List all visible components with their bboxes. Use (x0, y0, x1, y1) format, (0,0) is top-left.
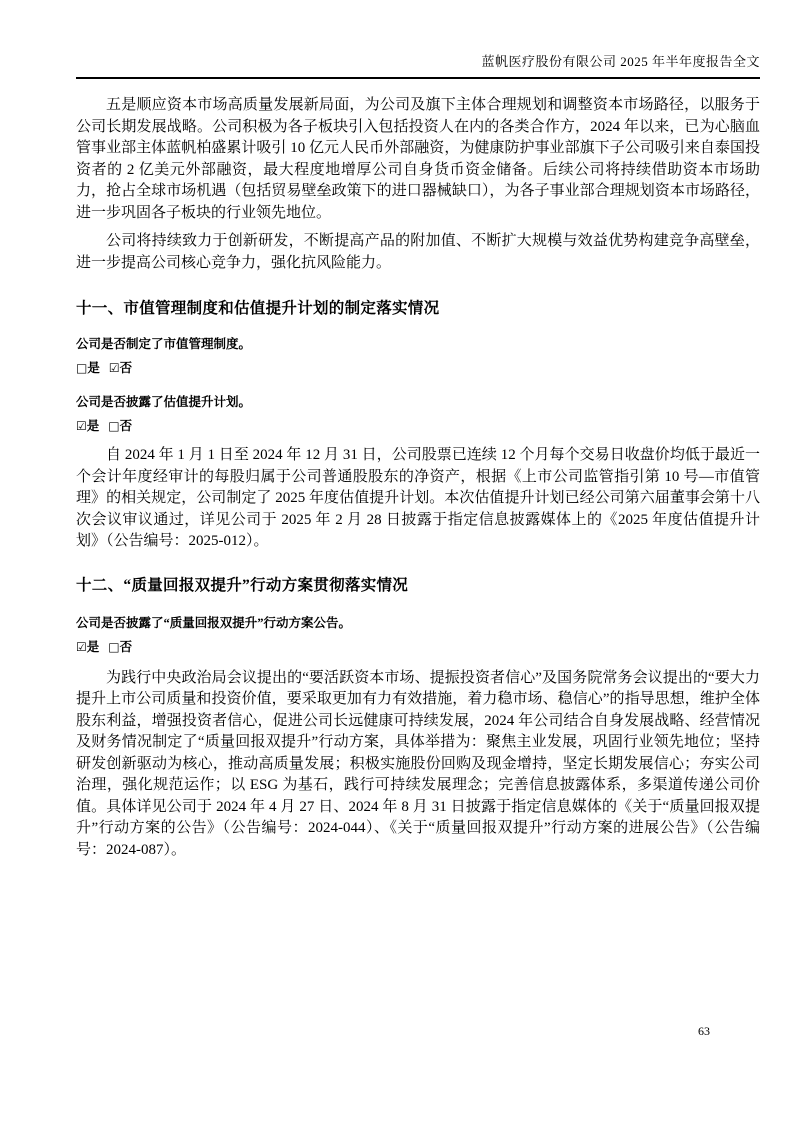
checkbox-unchecked-icon: □ (76, 361, 87, 375)
option-label-yes: 是 (87, 361, 100, 375)
intro-paragraph-1: 五是顺应资本市场高质量发展新局面，为公司及旗下主体合理规划和调整资本市场路径，以… (76, 95, 760, 224)
question-valuation-plan: 公司是否披露了估值提升计划。 (76, 394, 760, 410)
checkbox-checked-icon: ☑ (76, 640, 87, 654)
answer-market-value-system: □是☑否 (76, 360, 760, 376)
page-header-title: 蓝帆医疗股份有限公司 2025 年半年度报告全文 (76, 54, 760, 70)
section-12-heading: 十二、“质量回报双提升”行动方案贯彻落实情况 (76, 573, 760, 595)
header-divider (76, 77, 760, 79)
intro-paragraph-2: 公司将持续致力于创新研发，不断提高产品的附加值、不断扩大规模与效益优势构建竞争高… (76, 231, 760, 274)
question-market-value-system: 公司是否制定了市值管理制度。 (76, 336, 760, 352)
section-11-paragraph: 自 2024 年 1 月 1 日至 2024 年 12 月 31 日，公司股票已… (76, 445, 760, 553)
option-label-no: 否 (120, 419, 133, 433)
checkbox-checked-icon: ☑ (76, 419, 87, 433)
checkbox-checked-icon: ☑ (109, 361, 120, 375)
report-page: 蓝帆医疗股份有限公司 2025 年半年度报告全文 五是顺应资本市场高质量发展新局… (0, 0, 794, 1123)
option-label-yes: 是 (87, 419, 100, 433)
answer-quality-return-plan: ☑是□否 (76, 639, 760, 655)
section-11-heading: 十一、市值管理制度和估值提升计划的制定落实情况 (76, 296, 760, 318)
option-label-yes: 是 (87, 640, 100, 654)
checkbox-unchecked-icon: □ (108, 640, 119, 654)
option-label-no: 否 (120, 640, 133, 654)
page-number: 63 (698, 1024, 710, 1039)
question-quality-return-plan: 公司是否披露了“质量回报双提升”行动方案公告。 (76, 615, 760, 631)
checkbox-unchecked-icon: □ (108, 419, 119, 433)
answer-valuation-plan: ☑是□否 (76, 418, 760, 434)
section-12-paragraph: 为践行中央政治局会议提出的“要活跃资本市场、提振投资者信心”及国务院常务会议提出… (76, 668, 760, 862)
option-label-no: 否 (120, 361, 133, 375)
